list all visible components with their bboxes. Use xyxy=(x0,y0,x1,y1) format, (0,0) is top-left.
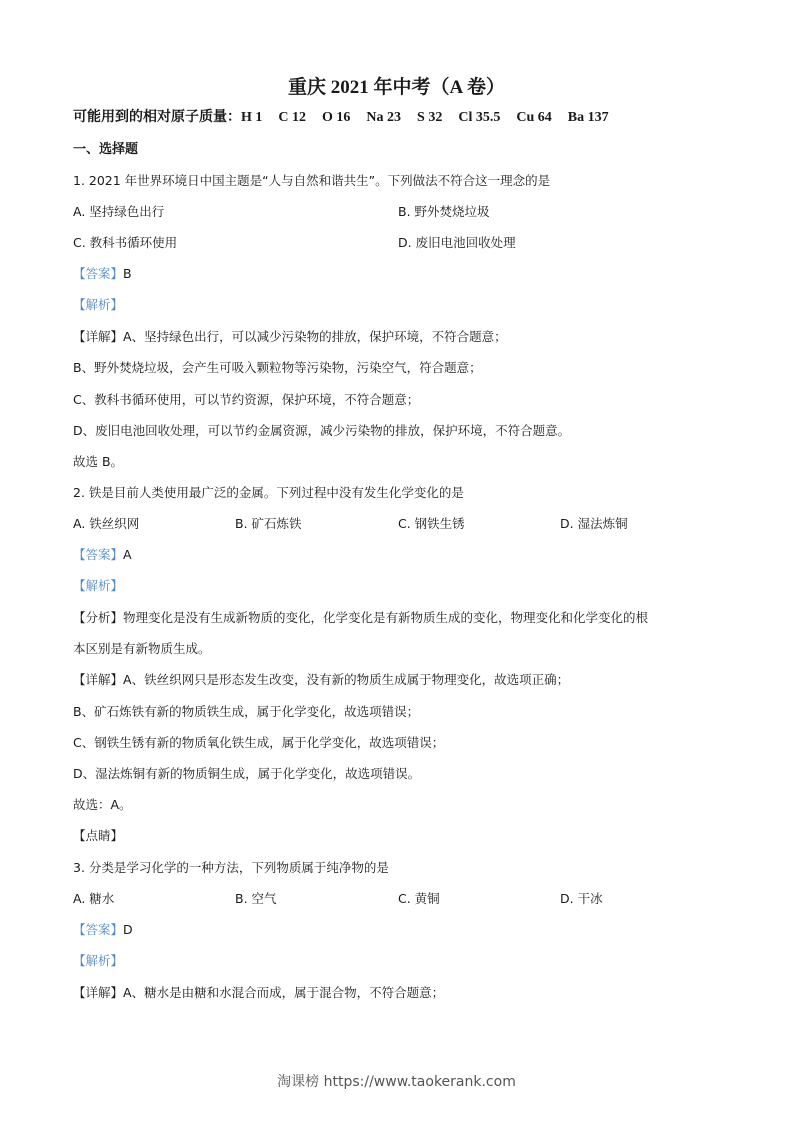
q2-analysis-label: 【解析】 xyxy=(73,578,123,594)
atomic-mass-item: H 1 xyxy=(241,110,262,125)
atomic-mass-item: Cl 35.5 xyxy=(458,110,500,125)
q2-conclusion: 故选：A。 xyxy=(73,797,132,813)
atomic-mass-item: S 32 xyxy=(417,110,442,125)
question-1-stem: 1. 2021 年世界环境日中国主题是“人与自然和谐共生”。下列做法不符合这一理… xyxy=(73,173,550,189)
q3-answer: 【答案】D xyxy=(73,922,133,938)
q2-fenxi-line: 【分析】物理变化是没有生成新物质的变化，化学变化是有新物质生成的变化，物理变化和… xyxy=(73,610,648,626)
q2-fenxi-line: 本区别是有新物质生成。 xyxy=(73,641,211,657)
q1-analysis-label: 【解析】 xyxy=(73,297,123,313)
detail-label: 【详解】 xyxy=(73,672,123,687)
q2-dianjing-label: 【点睛】 xyxy=(73,828,123,844)
q3-option-b: B. 空气 xyxy=(235,891,277,907)
question-2-stem: 2. 铁是目前人类使用最广泛的金属。下列过程中没有发生化学变化的是 xyxy=(73,485,464,501)
detail-text: A、糖水是由糖和水混合而成，属于混合物，不符合题意； xyxy=(123,985,444,1000)
q2-option-a: A. 铁丝织网 xyxy=(73,516,139,532)
atomic-mass-label: 可能用到的相对原子质量： xyxy=(73,110,241,125)
answer-label: 【答案】 xyxy=(73,266,123,281)
q1-option-d: D. 废旧电池回收处理 xyxy=(398,235,516,251)
detail-label: 【详解】 xyxy=(73,329,123,344)
q2-detail-line: 【详解】A、铁丝织网只是形态发生改变，没有新的物质生成属于物理变化，故选项正确； xyxy=(73,672,569,688)
atomic-mass-item: O 16 xyxy=(322,110,350,125)
q2-option-d: D. 湿法炼铜 xyxy=(560,516,628,532)
q2-answer: 【答案】A xyxy=(73,547,132,563)
q2-detail-line: D、湿法炼铜有新的物质铜生成，属于化学变化，故选项错误。 xyxy=(73,766,420,782)
atomic-mass-line: 可能用到的相对原子质量：H 1C 12O 16Na 23S 32Cl 35.5C… xyxy=(73,110,625,126)
q1-conclusion: 故选 B。 xyxy=(73,454,123,470)
q3-option-c: C. 黄铜 xyxy=(398,891,440,907)
q3-analysis-label: 【解析】 xyxy=(73,953,123,969)
q1-detail-line: B、野外焚烧垃圾，会产生可吸入颗粒物等污染物，污染空气，符合题意； xyxy=(73,360,482,376)
detail-text: A、铁丝织网只是形态发生改变，没有新的物质生成属于物理变化，故选项正确； xyxy=(123,672,569,687)
q1-option-b: B. 野外焚烧垃圾 xyxy=(398,204,490,220)
answer-value: D xyxy=(123,922,133,937)
q3-option-a: A. 糖水 xyxy=(73,891,114,907)
answer-value: A xyxy=(123,547,132,562)
q1-detail-line: D、废旧电池回收处理，可以节约金属资源，减少污染物的排放，保护环境，不符合题意。 xyxy=(73,423,570,439)
answer-label: 【答案】 xyxy=(73,547,123,562)
atomic-mass-item: Cu 64 xyxy=(516,110,551,125)
atomic-mass-item: Ba 137 xyxy=(568,110,609,125)
q2-option-b: B. 矿石炼铁 xyxy=(235,516,302,532)
footer-watermark: 淘课榜 https://www.taokerank.com xyxy=(0,1071,793,1091)
page-title: 重庆 2021 年中考（A 卷） xyxy=(0,72,793,99)
fenxi-label: 【分析】 xyxy=(73,610,123,625)
q1-option-c: C. 教科书循环使用 xyxy=(73,235,177,251)
q3-option-d: D. 干冰 xyxy=(560,891,603,907)
document-page: 重庆 2021 年中考（A 卷） 可能用到的相对原子质量：H 1C 12O 16… xyxy=(0,0,793,1122)
question-3-stem: 3. 分类是学习化学的一种方法，下列物质属于纯净物的是 xyxy=(73,860,389,876)
q2-option-c: C. 钢铁生锈 xyxy=(398,516,465,532)
q1-detail-line: 【详解】A、坚持绿色出行，可以减少污染物的排放，保护环境，不符合题意； xyxy=(73,329,507,345)
section-title: 一、选择题 xyxy=(73,142,138,158)
detail-text: A、坚持绿色出行，可以减少污染物的排放，保护环境，不符合题意； xyxy=(123,329,507,344)
answer-label: 【答案】 xyxy=(73,922,123,937)
detail-label: 【详解】 xyxy=(73,985,123,1000)
answer-value: B xyxy=(123,266,132,281)
q1-answer: 【答案】B xyxy=(73,266,132,282)
atomic-mass-item: C 12 xyxy=(278,110,306,125)
q2-detail-line: B、矿石炼铁有新的物质铁生成，属于化学变化，故选项错误； xyxy=(73,704,419,720)
q3-detail-line: 【详解】A、糖水是由糖和水混合而成，属于混合物，不符合题意； xyxy=(73,985,444,1001)
atomic-mass-item: Na 23 xyxy=(366,110,401,125)
q1-detail-line: C、教科书循环使用，可以节约资源，保护环境，不符合题意； xyxy=(73,392,419,408)
q2-detail-line: C、钢铁生锈有新的物质氧化铁生成，属于化学变化，故选项错误； xyxy=(73,735,444,751)
fenxi-text: 物理变化是没有生成新物质的变化，化学变化是有新物质生成的变化，物理变化和化学变化… xyxy=(123,610,648,625)
q1-option-a: A. 坚持绿色出行 xyxy=(73,204,164,220)
